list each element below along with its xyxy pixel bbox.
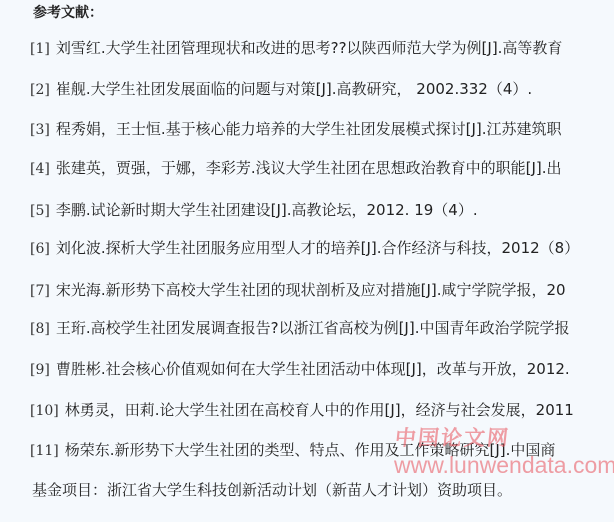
reference-number: [11] [30,441,59,461]
reference-item-1: [1]刘雪红.大学生社团管理现状和改进的思考??以陕西师范大学为例[J].高等教… [30,38,562,59]
reference-number: [3] [30,120,50,140]
reference-number: [9] [30,360,50,380]
reference-text: 刘化波.探析大学生社团服务应用型人才的培养[J].合作经济与科技，2012（8） [56,239,579,257]
reference-number: [1] [30,39,50,59]
reference-text: 刘雪红.大学生社团管理现状和改进的思考??以陕西师范大学为例[J].高等教育 [56,39,563,57]
reference-item-2: [2]崔舰.大学生社团发展面临的问题与对策[J].高教研究， 2002.332（… [30,79,532,100]
reference-number: [5] [30,201,50,221]
reference-text: 王珩.高校学生社团发展调查报告?以浙江省高校为例[J].中国青年政治学院学报 [56,319,570,337]
reference-text: 程秀娟，王士恒.基于核心能力培养的大学生社团发展模式探讨[J].江苏建筑职 [56,120,562,138]
reference-text: 杨荣东.新形势下大学生社团的类型、特点、作用及工作策略研究[J].中国商 [65,441,556,459]
reference-item-8: [8]王珩.高校学生社团发展调查报告?以浙江省高校为例[J].中国青年政治学院学… [30,318,569,339]
reference-number: [6] [30,239,50,259]
reference-number: [7] [30,281,50,301]
reference-item-9: [9]曹胜彬.社会核心价值观如何在大学生社团活动中体现[J]，改革与开放，201… [30,359,570,380]
reference-text: 林勇灵，田莉.论大学生社团在高校育人中的作用[J]，经济与社会发展，2011 [65,401,574,419]
reference-item-3: [3]程秀娟，王士恒.基于核心能力培养的大学生社团发展模式探讨[J].江苏建筑职 [30,119,562,140]
reference-item-10: [10]林勇灵，田莉.论大学生社团在高校育人中的作用[J]，经济与社会发展，20… [30,400,574,421]
reference-item-4: [4]张建英，贾强，于娜，李彩芳.浅议大学生社团在思想政治教育中的职能[J].出 [30,158,562,179]
reference-number: [8] [30,319,50,339]
funding-note: 基金项目：浙江省大学生科技创新活动计划（新苗人才计划）资助项目。 [32,480,512,500]
reference-item-11: [11]杨荣东.新形势下大学生社团的类型、特点、作用及工作策略研究[J].中国商 [30,440,555,461]
reference-item-5: [5]李鹏.试论新时期大学生社团建设[J].高教论坛，2012. 19（4）. [30,200,478,221]
reference-item-7: [7]宋光海.新形势下高校大学生社团的现状剖析及应对措施[J].咸宁学院学报，2… [30,280,566,301]
reference-text: 李鹏.试论新时期大学生社团建设[J].高教论坛，2012. 19（4）. [56,201,478,219]
reference-number: [10] [30,401,59,421]
reference-number: [4] [30,159,50,179]
reference-text: 曹胜彬.社会核心价值观如何在大学生社团活动中体现[J]，改革与开放，2012. [56,360,570,378]
reference-text: 崔舰.大学生社团发展面临的问题与对策[J].高教研究， 2002.332（4）. [56,80,532,98]
reference-text: 宋光海.新形势下高校大学生社团的现状剖析及应对措施[J].咸宁学院学报，20 [56,281,566,299]
reference-text: 张建英，贾强，于娜，李彩芳.浅议大学生社团在思想政治教育中的职能[J].出 [56,159,562,177]
references-heading: 参考文献： [33,4,103,22]
reference-number: [2] [30,80,50,100]
reference-item-6: [6]刘化波.探析大学生社团服务应用型人才的培养[J].合作经济与科技，2012… [30,238,579,259]
